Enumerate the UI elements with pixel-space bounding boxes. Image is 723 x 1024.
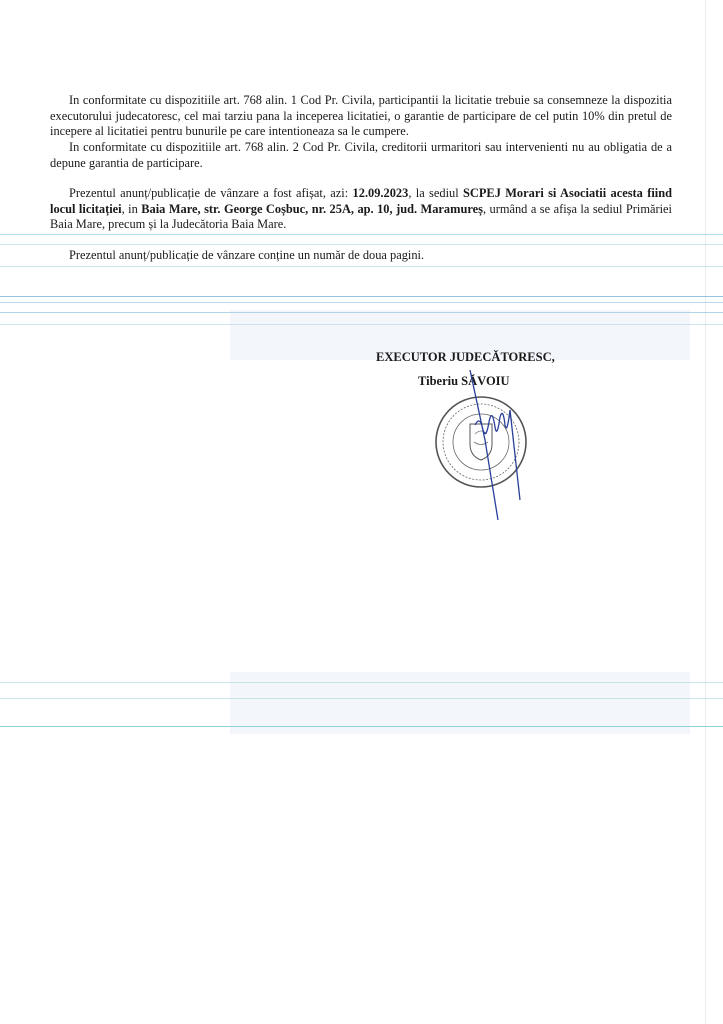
paragraph-creditors: In conformitate cu dispozitiile art. 768… (50, 140, 672, 171)
scan-artifact (0, 302, 723, 303)
posting-text: , la sediul (408, 186, 463, 200)
scan-artifact (0, 244, 723, 245)
scan-margin-line (705, 0, 706, 1024)
paragraph-pages-note: Prezentul anunț/publicație de vânzare co… (50, 248, 672, 264)
scan-artifact (0, 266, 723, 267)
paragraph-posting: Prezentul anunț/publicație de vânzare a … (50, 186, 672, 233)
handwritten-signature-icon (440, 370, 550, 540)
posting-date: 12.09.2023 (353, 186, 409, 200)
posting-address: Baia Mare, str. George Coșbuc, nr. 25A, … (141, 202, 483, 216)
signature-title: EXECUTOR JUDECĂTORESC, (376, 350, 555, 365)
scan-artifact (0, 296, 723, 297)
posting-text: Prezentul anunț/publicație de vânzare a … (69, 186, 353, 200)
posting-text: , in (122, 202, 142, 216)
paragraph-guarantee: In conformitate cu dispozitiile art. 768… (50, 93, 672, 140)
scan-artifact (0, 234, 723, 235)
scan-artifact-band (230, 672, 690, 734)
